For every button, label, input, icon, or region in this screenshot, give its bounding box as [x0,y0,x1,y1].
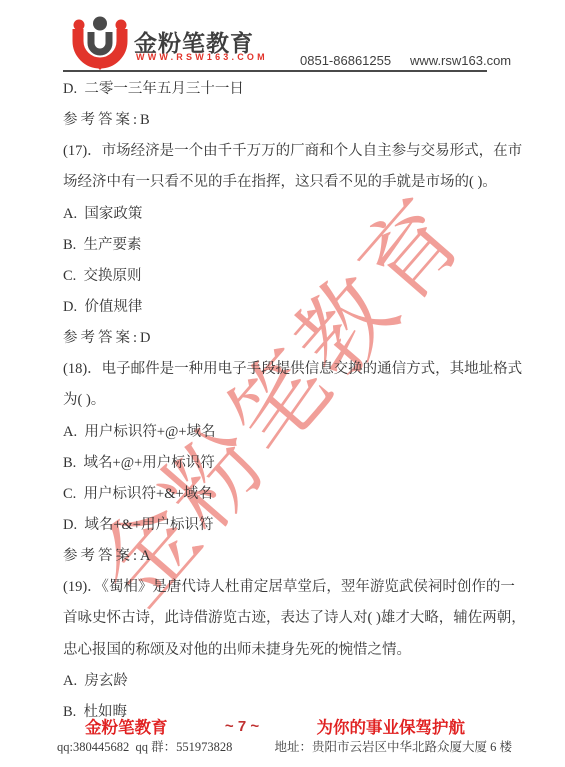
option-line: A. 国家政策 [63,197,511,228]
header-website: www.rsw163.com [410,53,511,68]
footer-slogan: 为你的事业保驾护航 [316,714,465,738]
footer-brand-row: 金粉笔教育 ~ 7 ~ 为你的事业保驾护航 [85,714,465,738]
answer-line: 参考答案:A [63,539,511,570]
option-line: B. 域名+@+用户标识符 [63,446,511,477]
option-line: D. 二零一三年五月三十一日 [63,72,511,103]
brand-logo-icon [71,16,129,76]
option-line: D. 域名+&+用户标识符 [63,508,511,539]
question-line: (18)．电子邮件是一种用电子手段提供信息交换的通信方式，其地址格式 [63,352,511,383]
option-line: B. 生产要素 [63,228,511,259]
answer-line: 参考答案:D [63,321,511,352]
option-line: D. 价值规律 [63,290,511,321]
question-line: (19)．《蜀相》是唐代诗人杜甫定居草堂后，翌年游览武侯祠时创作的一 [63,570,511,601]
page-number: ~ 7 ~ [225,718,259,735]
answer-line: 参考答案:B [63,103,511,134]
header-phone: 0851-86861255 [300,53,391,68]
footer-brand: 金粉笔教育 [85,714,168,738]
option-line: A. 房玄龄 [63,664,511,695]
question-line: (17)．市场经济是一个由千千万万的厂商和个人自主参与交易形式，在市 [63,134,511,165]
question-line: 为( )。 [63,383,511,414]
footer-contact: qq:380445682 qq 群：551973828 [57,737,232,755]
footer-address: 地址：贵阳市云岩区中华北路众厦大厦 6 楼 [274,737,512,755]
header-divider [63,70,487,72]
question-line: 场经济中有一只看不见的手在指挥，这只看不见的手就是市场的( )。 [63,165,511,196]
option-line: C. 交换原则 [63,259,511,290]
footer-info-row: qq:380445682 qq 群：551973828 地址：贵阳市云岩区中华北… [57,737,512,755]
document-page: D. 二零一三年五月三十一日 参考答案:B (17)．市场经济是一个由千千万万的… [63,72,511,726]
option-line: A. 用户标识符+@+域名 [63,415,511,446]
question-line: 首咏史怀古诗，此诗借游览古迹，表达了诗人对( )雄才大略，辅佐两朝， [63,601,511,632]
question-line: 忠心报国的称颂及对他的出师未捷身先死的惋惜之情。 [63,633,511,664]
option-line: C. 用户标识符+&+域名 [63,477,511,508]
brand-website-caps: WWW.RSW163.COM [136,52,268,62]
